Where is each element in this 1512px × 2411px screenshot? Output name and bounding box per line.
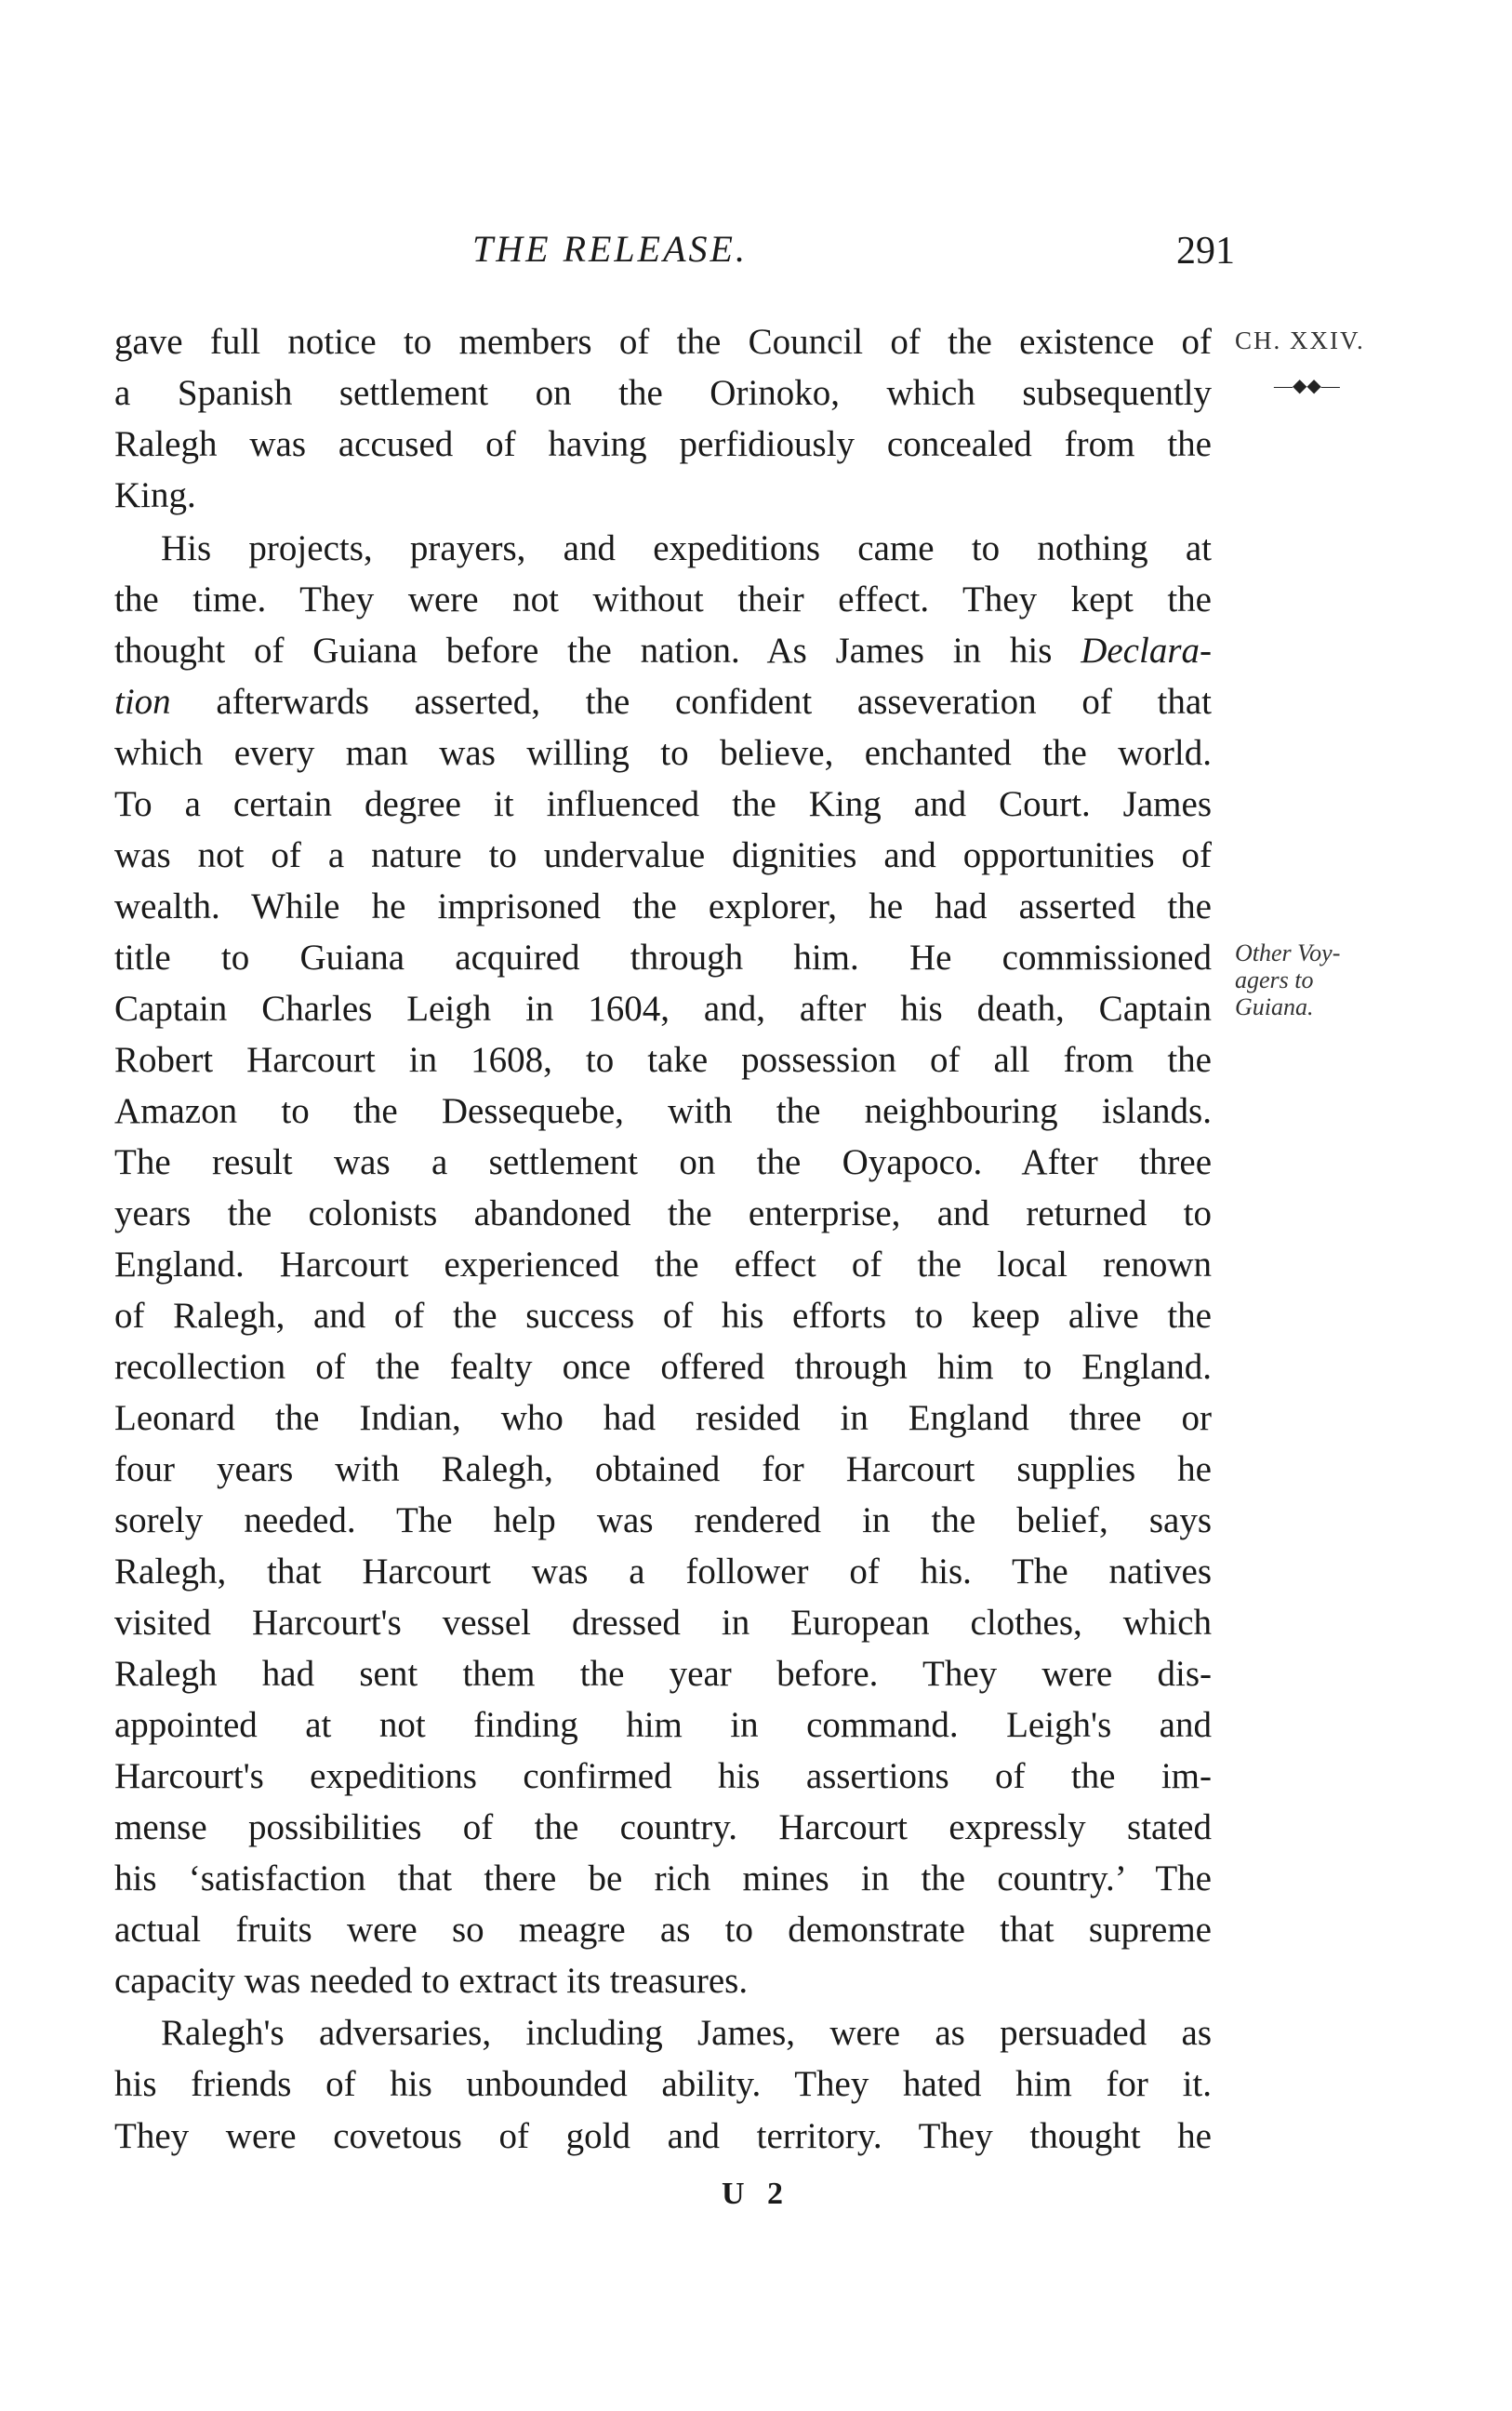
text-line: his friends of his unbounded ability. Th… (114, 2058, 1212, 2110)
text-line: visited Harcourt's vessel dressed in Eur… (114, 1597, 1212, 1648)
signature-mark: U 2 (0, 2177, 1512, 2212)
text-span: afterwards asserted, the confident assev… (171, 682, 1212, 722)
text-line: Captain Charles Leigh in 1604, and, afte… (114, 983, 1212, 1034)
text-line: wealth. While he imprisoned the explorer… (114, 881, 1212, 932)
text-line: Leonard the Indian, who had resided in E… (114, 1392, 1212, 1444)
running-head-title: THE RELEASE. (472, 227, 748, 272)
text-line: title to Guiana acquired through him. He… (114, 932, 1212, 983)
text-line: which every man was willing to believe, … (114, 727, 1212, 779)
text-span: thought of Guiana before the nation. As … (114, 631, 1081, 671)
text-line: appointed at not finding him in command.… (114, 1699, 1212, 1751)
text-line: England. Harcourt experienced the effect… (114, 1239, 1212, 1290)
text-line: They were covetous of gold and territory… (114, 2111, 1212, 2162)
chapter-marker: CH. XXIV. (1235, 326, 1365, 355)
side-note-line: Guiana. (1235, 993, 1340, 1020)
text-line: sorely needed. The help was rendered in … (114, 1495, 1212, 1546)
text-line: Harcourt's expeditions confirmed his ass… (114, 1751, 1212, 1802)
text-line: thought of Guiana before the nation. As … (114, 625, 1212, 676)
text-line: gave full notice to members of the Counc… (114, 316, 1212, 367)
text-line: actual fruits were so meagre as to demon… (114, 1904, 1212, 1955)
side-note: Other Voy- agers to Guiana. (1235, 939, 1340, 1020)
text-line: Ralegh, that Harcourt was a follower of … (114, 1546, 1212, 1597)
ornament-icon: —◆◆— (1274, 374, 1340, 397)
text-line: The result was a settlement on the Oyapo… (114, 1137, 1212, 1188)
text-line: King. (114, 470, 1212, 521)
text-line: the time. They were not without their ef… (114, 574, 1212, 625)
text-line: a Spanish settlement on the Orinoko, whi… (114, 367, 1212, 419)
text-line: His projects, prayers, and expeditions c… (114, 523, 1212, 574)
page-number: 291 (1176, 229, 1235, 273)
text-line: capacity was needed to extract its treas… (114, 1955, 1212, 2006)
side-note-line: Other Voy- (1235, 939, 1340, 966)
text-line: recollection of the fealty once offered … (114, 1341, 1212, 1392)
side-note-line: agers to (1235, 966, 1340, 993)
text-line: years the colonists abandoned the enterp… (114, 1188, 1212, 1239)
text-line: Ralegh was accused of having perfidiousl… (114, 419, 1212, 470)
text-line: Ralegh's adversaries, including James, w… (114, 2007, 1212, 2058)
text-line: Amazon to the Dessequebe, with the neigh… (114, 1086, 1212, 1137)
text-line: his ‘satisfaction that there be rich min… (114, 1853, 1212, 1904)
text-line: Robert Harcourt in 1608, to take possess… (114, 1034, 1212, 1086)
text-line: tion afterwards asserted, the confident … (114, 676, 1212, 727)
text-line: To a certain degree it influenced the Ki… (114, 779, 1212, 830)
text-line: mense possibilities of the country. Harc… (114, 1802, 1212, 1853)
text-line: four years with Ralegh, obtained for Har… (114, 1444, 1212, 1495)
italic-title: Declara- (1081, 631, 1212, 671)
text-line: Ralegh had sent them the year before. Th… (114, 1648, 1212, 1699)
running-head: THE RELEASE. 291 (0, 220, 1512, 272)
italic-title: tion (114, 682, 171, 722)
text-line: was not of a nature to undervalue dignit… (114, 830, 1212, 881)
text-line: of Ralegh, and of the success of his eff… (114, 1290, 1212, 1341)
